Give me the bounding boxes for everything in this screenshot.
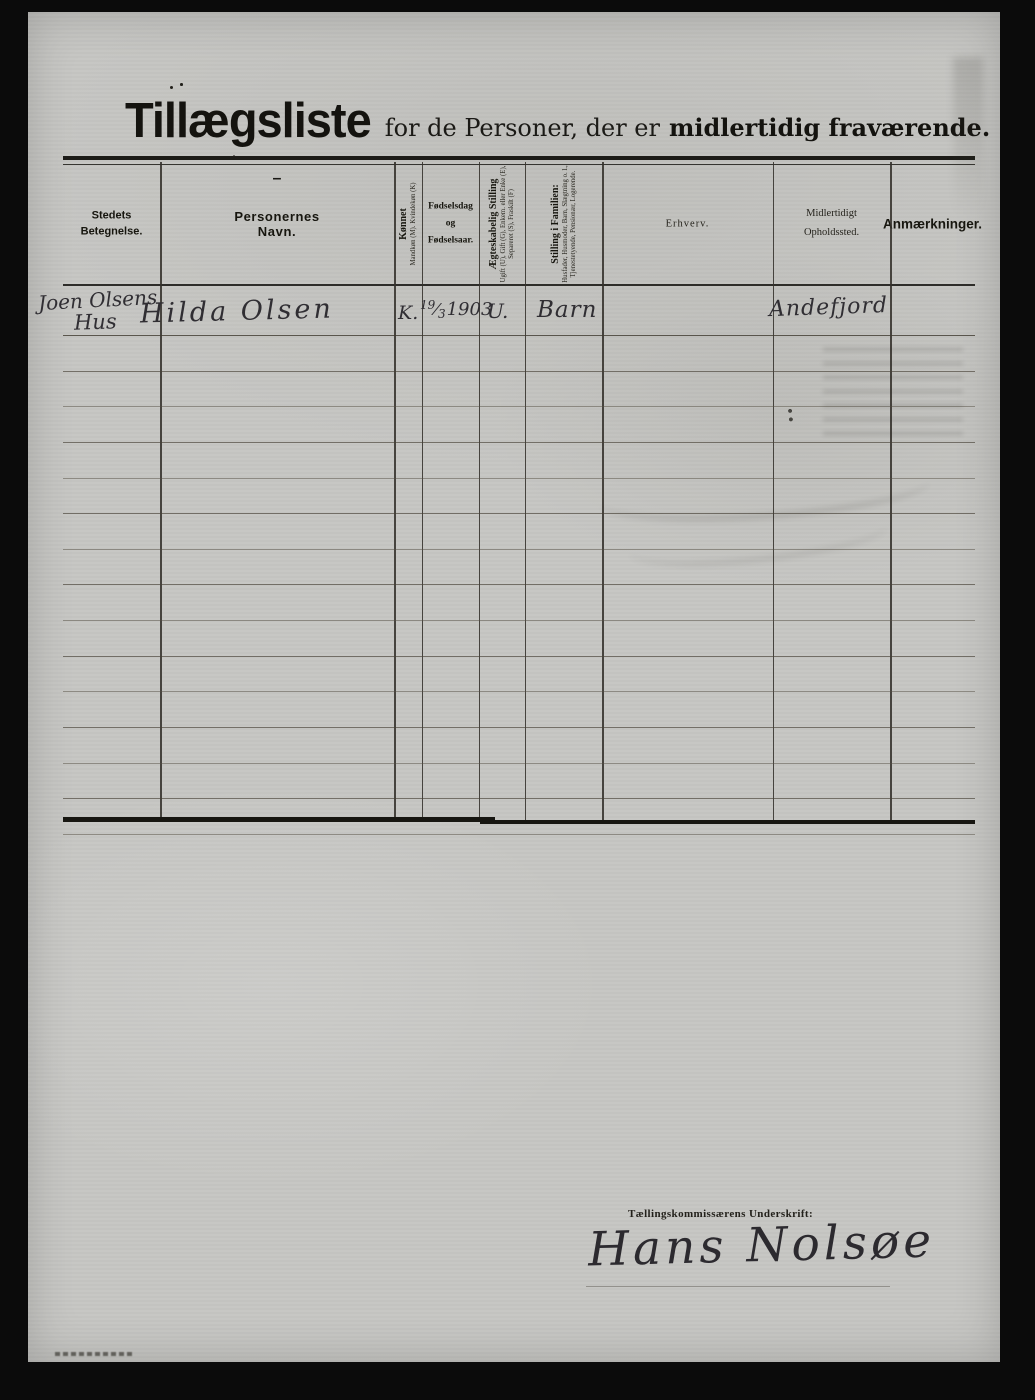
signature-handwritten: Hans Nolsøe xyxy=(587,1213,935,1277)
header-label: Erhverv. xyxy=(666,218,710,229)
signature-underline xyxy=(586,1286,890,1287)
header-label: Stilling i Familien: xyxy=(549,165,561,283)
table-row xyxy=(63,692,975,728)
table-row xyxy=(63,657,975,693)
paper-speck xyxy=(180,83,183,86)
entry-temporary-residence: Andefjord xyxy=(769,293,889,322)
vertical-header: Stilling i Familien: Husfader, Husmoder,… xyxy=(549,165,577,283)
birth-day: 19 xyxy=(420,298,435,312)
column-header-personernes-navn: Personernes Navn. xyxy=(160,162,394,285)
table-row xyxy=(63,372,975,408)
column-header-konnet: Kønnet Mandkøn (M). Kvindekøn (K) xyxy=(394,162,422,285)
vertical-header: Kønnet Mandkøn (M). Kvindekøn (K) xyxy=(398,165,418,283)
header-sublabel: Husfader, Husmoder, Barn, Slægtning o. l… xyxy=(561,165,578,283)
header-label: Fødselsdag og Fødselsaar. xyxy=(424,198,478,249)
title-subtitle-bold: midlertidig fraværende. xyxy=(669,113,990,142)
column-header-anmaerkninger: Anmærkninger. xyxy=(890,162,975,285)
birth-month: 3 xyxy=(438,307,446,321)
entry-birthdate: 19⁄31903 xyxy=(420,298,492,321)
scanned-census-document: Tillægsliste for de Personer, der er mid… xyxy=(0,0,1035,1400)
table-row xyxy=(63,585,975,621)
header-sublabel: Mandkøn (M). Kvindekøn (K) xyxy=(410,165,418,283)
column-header-stilling-i-familien: Stilling i Familien: Husfader, Husmoder,… xyxy=(525,162,602,285)
column-header-stedets-betegnelse: Stedets Betegnelse. xyxy=(63,162,160,285)
header-label: Stedets Betegnelse. xyxy=(72,207,152,240)
header-sublabel: Ugift (U), Gift (G), Enkem. eller Enke (… xyxy=(499,165,516,283)
column-header-erhverv: Erhverv. xyxy=(602,162,773,285)
page-title: Tillægsliste for de Personer, der er mid… xyxy=(125,92,990,147)
table-bottom-rule xyxy=(480,820,975,825)
birth-year: 1903 xyxy=(447,299,493,320)
empty-rows xyxy=(63,336,975,835)
paper-speck xyxy=(170,86,173,89)
header-label: Personernes Navn. xyxy=(219,209,336,239)
column-header-aegteskabelig-stilling: Ægteskabelig Stilling Ugift (U), Gift (G… xyxy=(479,162,525,285)
entry-name: Hilda Olsen xyxy=(140,293,335,329)
table-row xyxy=(63,621,975,657)
entry-family-position: Barn xyxy=(537,297,597,323)
header-label: Midlertidigt Opholdssted. xyxy=(790,204,874,244)
header-label: Anmærkninger. xyxy=(883,216,982,231)
column-header-fodselsdag: Fødselsdag og Fødselsaar. xyxy=(422,162,479,285)
census-form-page: Tillægsliste for de Personer, der er mid… xyxy=(28,12,1000,1362)
table-body xyxy=(63,285,975,835)
entry-sex: K. xyxy=(398,302,418,324)
table-row xyxy=(63,336,975,372)
table-bottom-rule xyxy=(63,817,495,822)
title-subtitle: for de Personer, der er xyxy=(385,114,660,142)
header-label: Ægteskabelig Stilling xyxy=(488,165,500,283)
table-row xyxy=(63,407,975,443)
table-row xyxy=(63,728,975,764)
entry-marital-status: U. xyxy=(487,299,508,323)
table-row xyxy=(63,764,975,800)
vertical-header: Ægteskabelig Stilling Ugift (U), Gift (G… xyxy=(488,165,516,283)
entry-place-line2: Hus xyxy=(74,309,117,334)
printer-imprint xyxy=(55,1352,135,1356)
table-row xyxy=(63,550,975,586)
header-label: Kønnet xyxy=(398,165,410,283)
column-header-midlertidigt-opholdssted: Midlertidigt Opholdssted. xyxy=(773,162,890,285)
paper-speck xyxy=(233,155,235,157)
title-main: Tillægsliste xyxy=(125,91,371,149)
top-rule-thick xyxy=(63,156,975,160)
